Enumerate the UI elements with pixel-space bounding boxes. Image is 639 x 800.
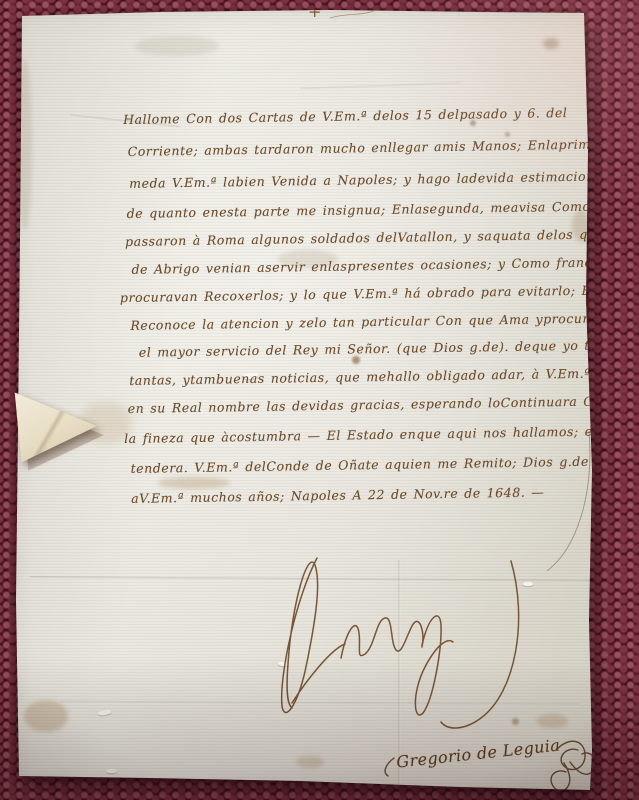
manuscript-letter-photo: + Hallome Con dos Cartas de V.Em.ª delos… bbox=[0, 0, 639, 800]
torn-flap-wrap bbox=[0, 0, 639, 800]
torn-paper-flap bbox=[13, 388, 97, 464]
